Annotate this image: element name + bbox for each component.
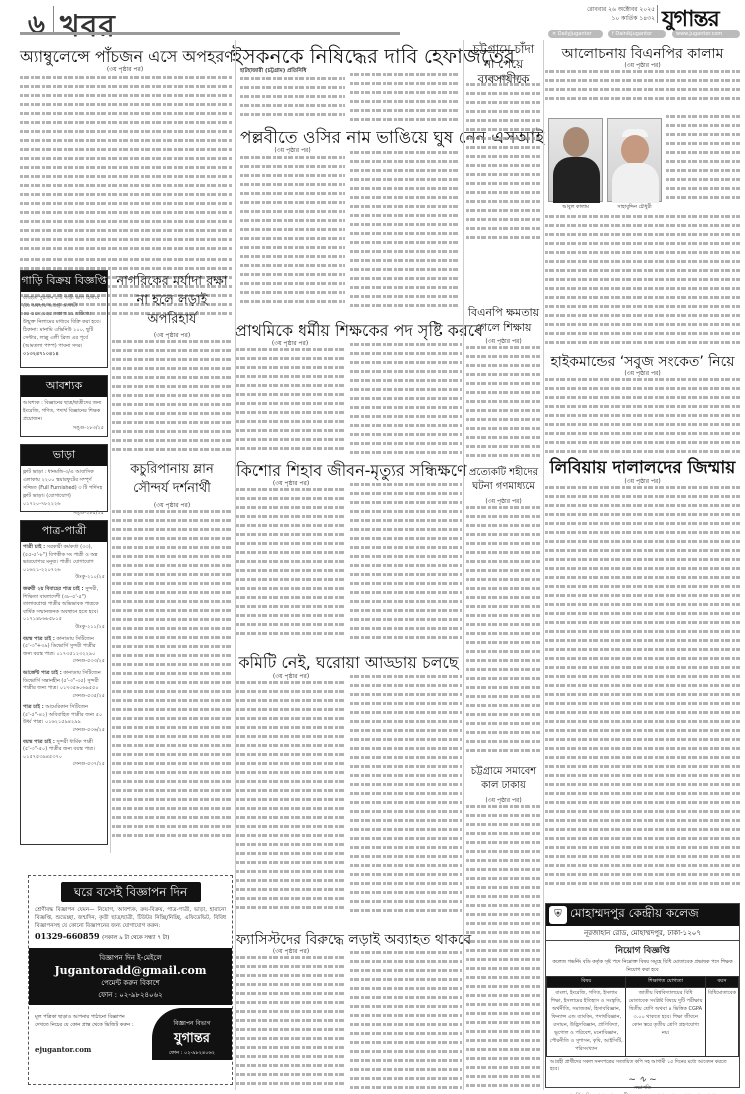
col-age: বয়স (705, 977, 738, 988)
matrimonial-item: জরুরী ২য় বিবাহের পাত্র চাই : সুন্দরী, শ… (23, 586, 105, 632)
page-number: ৬ (28, 4, 45, 48)
logo-divider (657, 5, 658, 23)
article-body-chattogram-somabesh (466, 802, 540, 1092)
article-body-bnp-kalam (545, 67, 740, 109)
column-rule (463, 40, 464, 1090)
headline-kochuripana: কচুরিপানায় ম্লান সৌন্দর্য দর্শনার্থী (112, 460, 232, 498)
ad-email[interactable]: Jugantoradd@gmail.com (29, 964, 232, 977)
twitter-link[interactable]: ✕ DailyJugantor (548, 30, 603, 38)
facebook-link[interactable]: f DainikJugantor (608, 30, 666, 38)
signatory-role: সভাপতি (546, 1085, 739, 1093)
college-crest-icon: ⛨ (549, 906, 567, 924)
date-bangla: ১০ কার্তিক ১৪৩২ (560, 14, 655, 23)
article-body-primary-teacher (236, 345, 344, 455)
notice-footer: আগ্রহী প্রার্থীদের সকল সনদপত্রের সত্যায়… (546, 1057, 739, 1075)
date-gregorian: রোববার ২৬ অক্টোবর ২০২৫ (560, 5, 655, 14)
classified-title: গাড়ি বিক্রয় বিজ্ঞপ্তি (21, 271, 107, 292)
col-subject: বিষয় (547, 977, 626, 988)
article-body-iskcon (240, 74, 345, 124)
column-rule (235, 40, 236, 1090)
classified-matrimonial: পাত্র-পাত্রী পাত্রী চাই : সরকারী কর্মকর্… (20, 520, 108, 845)
headline-shohid: প্রত্যেকটি শহীদের ঘটনা গণমাধ্যমে (466, 466, 541, 494)
matrimonial-item: পাত্র চাই : আমেরিকান সিটিজেন (৫'-৫"-৪২) … (23, 704, 105, 734)
article-body-primary-teacher-2 (350, 340, 462, 455)
ad-payment: পেমেন্ট করুন বিকাশে (29, 977, 232, 989)
college-header: ⛨ মোহাম্মদপুর কেন্দ্রীয় কলেজ (546, 904, 739, 926)
ad-phone[interactable]: 01329-660859 (35, 931, 100, 941)
classified-text: ব্যবহৃত পুরাতন ৫টি গাড়ী ভাল হিসাবে (যে … (21, 292, 107, 360)
ad-badge: বিজ্ঞাপন বিভাগ যুগান্তর ফোন : ০২-৯৮২৪০৬২ (152, 1008, 232, 1060)
classified-title: আবশ্যক (21, 376, 107, 397)
ad-email-label: বিজ্ঞাপন দিন ই-মেইলে (29, 952, 232, 964)
article-body-nagorik (112, 337, 232, 457)
photo-caption: আবুল কালাম (548, 204, 603, 212)
article-body-bnp-kalam-side (666, 112, 740, 204)
article-body-kishor (236, 485, 344, 645)
article-body-committee (236, 678, 344, 918)
college-recruitment-notice: ⛨ মোহাম্মদপুর কেন্দ্রীয় কলেজ নূরজাহান র… (545, 903, 740, 1088)
signature: ~ ∿ ~ (546, 1075, 739, 1085)
article-body-highcommand (545, 375, 740, 455)
ad-email-block: বিজ্ঞাপন দিন ই-মেইলে Jugantoradd@gmail.c… (29, 948, 232, 1005)
headline-nagorik: নাগরিকের মর্যাদা রক্ষা না হলে লড়াই অপরি… (112, 272, 232, 329)
photo-abul-kalam (548, 118, 603, 202)
column-rule (543, 40, 544, 1090)
ad-classified-booking: ঘরে বসেই বিজ্ঞাপন দিন শ্রেণীবদ্ধ বিজ্ঞাপ… (28, 875, 233, 1085)
article-body-kochuripana (112, 507, 232, 847)
col-qualification: শিক্ষাগত যোগ্যতা (626, 977, 705, 988)
article-body-libya (545, 483, 740, 898)
matrimonial-item: আর্জেন্ট পাত্র চাই : কানাডায় সিটিজেন ডি… (23, 670, 105, 700)
article-body-shohid (466, 503, 540, 763)
header-rule (20, 32, 400, 35)
article-body-kishor-2 (350, 480, 462, 645)
article-body-fascist (236, 953, 344, 1093)
cell-age: বিধিমোতাবেক (705, 988, 738, 1057)
classified-text: ফ্লাট ভাড়া : ধানমন্ডি-৩/এ আবাসিক এলাকায… (21, 466, 107, 510)
college-name: মোহাম্মদপুর কেন্দ্রীয় কলেজ (570, 905, 699, 925)
classified-car-sale: গাড়ি বিক্রয় বিজ্ঞপ্তি ব্যবহৃত পুরাতন ৫… (20, 270, 108, 368)
notice-intro: কলেজ গভর্নিং বডি কর্তৃক সৃষ্ট পদে নিম্নো… (546, 958, 739, 976)
matrimonial-item: বয়স্ক পাত্র চাই : সুন্দরী ধার্মিক পাত্র… (23, 739, 105, 769)
classified-title: ভাড়া (21, 445, 107, 466)
ad-footer-text: মূল পত্রিকা ছাড়াও আপনার পাঠানো বিজ্ঞাপন… (35, 1013, 135, 1029)
ad-office-phone: ফোন : ০২-৯৮২৪০৬২ (29, 989, 232, 1001)
classified-ref: সঙ্গু-২৮৫/২৫ (21, 510, 107, 518)
classified-text: আবশ্যক : বিজ্ঞানের ছাত্র/ছাত্রীদের জন্য … (21, 397, 107, 425)
article-body-bnp-education (466, 343, 540, 463)
notice-title: নিয়োগ বিজ্ঞপ্তি (546, 943, 739, 958)
classified-phone: ০১৩২৪৭১০৪১৪ (23, 351, 59, 357)
matrimonial-list: পাত্রী চাই : সরকারী কর্মকর্তা (৩৩), (৫৫-… (21, 542, 107, 771)
photo-caption: সাহাবুদ্দিন চৌধুরী (607, 204, 662, 212)
website-link[interactable]: www.jugantor.com (672, 30, 740, 38)
ad-hours: (সকাল ৯ টা থেকে সন্ধ্যা ৭ টা) (102, 935, 169, 941)
article-body-pallabi (240, 153, 345, 313)
article-body-fascist-2 (350, 948, 462, 1093)
classified-wanted: আবশ্যক আবশ্যক : বিজ্ঞানের ছাত্র/ছাত্রীদে… (20, 375, 108, 437)
matrimonial-item: পাত্রী চাই : সরকারী কর্মকর্তা (৩৩), (৫৫-… (23, 544, 105, 582)
classified-rent: ভাড়া ফ্লাট ভাড়া : ধানমন্ডি-৩/এ আবাসিক … (20, 444, 108, 512)
headline-chattogram-somabesh: চট্টগ্রামে সমাবেশ কাল ঢাকায় (466, 765, 541, 793)
article-body-committee-2 (350, 672, 462, 918)
ad-website[interactable]: ejugantor.com (35, 1045, 91, 1054)
article-body-ambulance (20, 73, 232, 253)
ad-body: শ্রেণীবদ্ধ বিজ্ঞাপন যেমন— নিয়োগ, আবশ্যক… (29, 902, 232, 930)
notice-table: বিষয় শিক্ষাগত যোগ্যতা বয়স বাংলা, ইংরেজ… (546, 976, 739, 1057)
header-divider (53, 6, 54, 32)
issue-date: রোববার ২৬ অক্টোবর ২০২৫ ১০ কার্তিক ১৪৩২ (560, 5, 655, 23)
article-body-chattogram-chanda (466, 80, 540, 248)
cell-subjects: বাংলা, ইংরেজি, গণিত, ইসলাম শিক্ষা, ইসলাম… (547, 988, 626, 1057)
classified-title: পাত্র-পাত্রী (21, 521, 107, 542)
college-address: নূরজাহান রোড, মোহাম্মদপুর, ঢাকা-১২০৭ (546, 926, 739, 941)
article-body-pallabi-2 (350, 148, 460, 313)
classified-ref: সঙ্গু-২৮৩/২৫ (21, 425, 107, 433)
badge-logo: যুগান্তর (152, 1029, 232, 1050)
column-rule (110, 268, 111, 853)
article-body-iskcon-2 (350, 70, 460, 124)
article-body-bnp-kalam-2 (545, 212, 740, 352)
photo-sahabuddin (607, 118, 662, 202)
cell-qualification: জাতীয় বিশ্ববিদ্যালয়ের বিধি মোতাবেক সংশ… (626, 988, 705, 1057)
ad-title: ঘরে বসেই বিজ্ঞাপন দিন (61, 882, 201, 902)
matrimonial-item: বয়স্ক পাত্র চাই : কানাডায় সিটিজেন (৫'-… (23, 636, 105, 666)
